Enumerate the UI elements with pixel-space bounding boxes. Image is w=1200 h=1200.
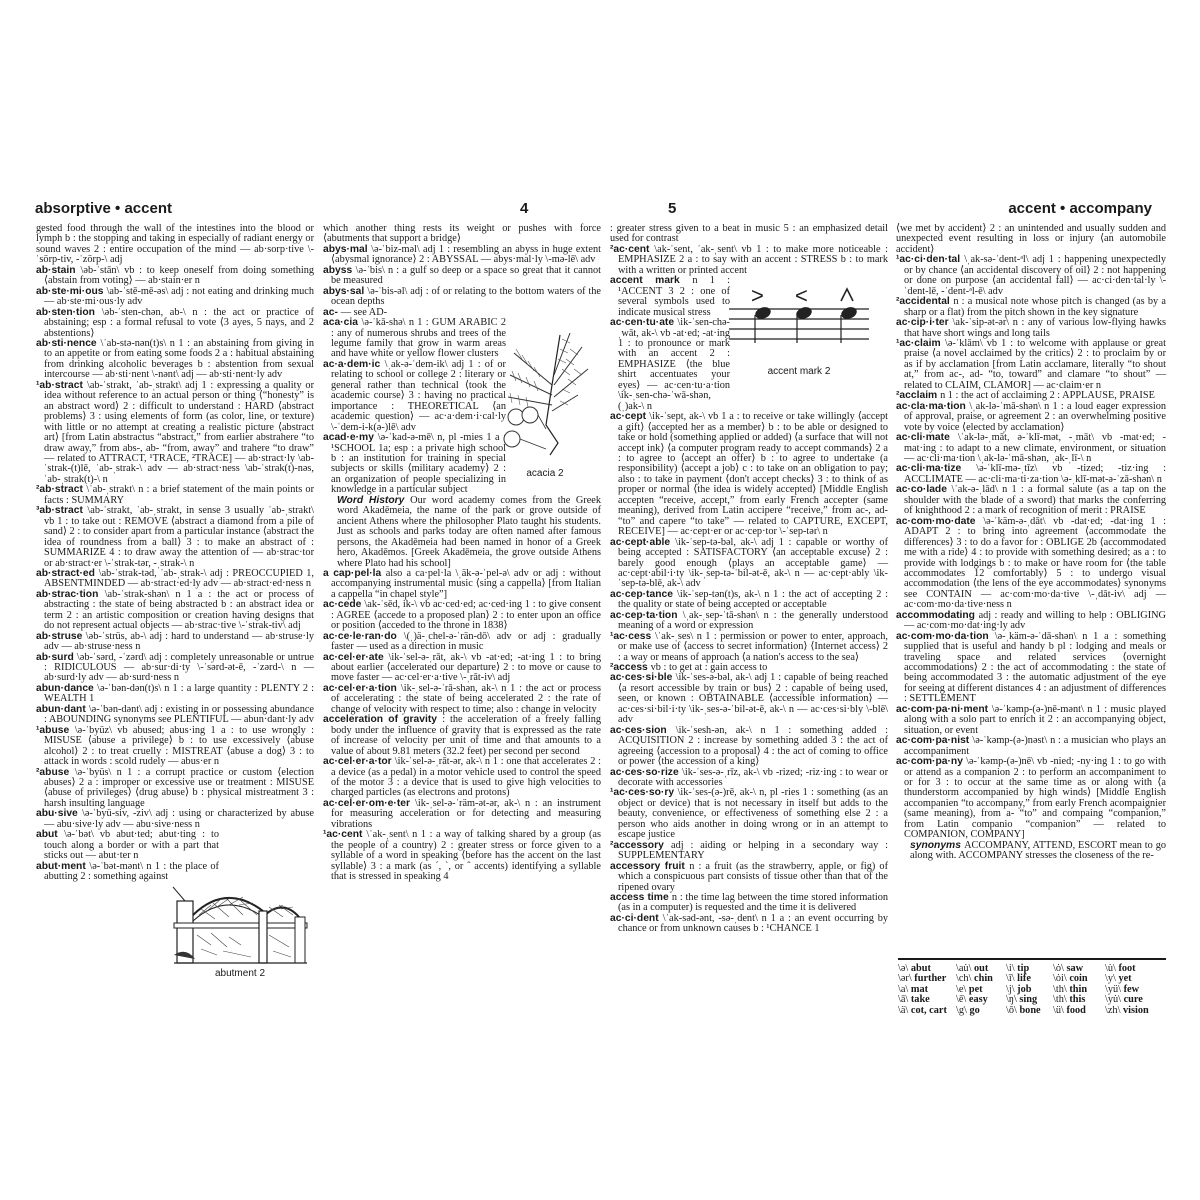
dictionary-entry: ac·com·mo·date \ə-ˈkäm-ə-ˌdāt\ vb -dat·e… — [896, 517, 1166, 611]
dictionary-entry: ac·cel·er·ate \ik-ˈsel-ə-ˌrāt, ak-\ vb -… — [323, 653, 601, 684]
accent-mark-caption: accent mark 2 — [728, 366, 870, 377]
definition: \ik-ˈsept, ak-\ vb 1 a : to receive or t… — [618, 411, 888, 537]
dictionary-entry: ac·com·pa·ny \ə-ˈkəmp-(ə-)nē\ vb -nied; … — [896, 757, 1166, 841]
definition: \ə-ˈkəmp-(ə-)nē\ vb -nied; -ny·ing 1 : t… — [904, 756, 1166, 840]
headword: ¹ac·cent — [323, 829, 366, 840]
headword: ac·cep·tance — [610, 589, 677, 600]
headword: ²ab·stract — [36, 484, 86, 495]
headword: ac·cen·tu·ate — [610, 317, 677, 328]
synonyms-note: synonyms ACCOMPANY, ATTEND, ESCORT mean … — [896, 841, 1166, 862]
dictionary-entry: ac·cel·er·om·e·ter \ik-ˌsel-ə-ˈräm-ət-ər… — [323, 799, 601, 830]
headword: abut — [36, 829, 64, 840]
dictionary-entry: ab·stain \əb-ˈstān\ vb : to keep oneself… — [36, 266, 314, 287]
headword: ¹ac·claim — [896, 338, 945, 349]
acacia-caption: acacia 2 — [495, 468, 595, 479]
headword: abun·dance — [36, 683, 97, 694]
dictionary-entry: ac·cel·er·a·tion \ik-ˌsel-ə-ˈrā-shən, ak… — [323, 684, 601, 715]
definition: \ak-ˈsēd, ik-\ vb ac·ced·ed; ac·ced·ing … — [331, 599, 601, 631]
headword: ac·cel·er·om·e·ter — [323, 798, 415, 809]
dictionary-entry: ac·cep·ta·tion \ˌak-ˌsep-ˈtā-shən\ n : t… — [610, 611, 888, 632]
dictionary-entry: ac·cede \ak-ˈsēd, ik-\ vb ac·ced·ed; ac·… — [323, 600, 601, 631]
dictionary-entry: abys·sal \ə-ˈbis-əl\ adj : of or relatin… — [323, 287, 601, 308]
headword: ac·cel·er·ate — [323, 652, 389, 663]
column-1: gested food through the wall of the inte… — [36, 224, 314, 883]
headword: ac·cli·mate — [896, 432, 958, 443]
dictionary-entry: acad·e·my \ə-ˈkad-ə-mē\ n, pl -mies 1 a … — [323, 433, 506, 496]
dictionary-entry: ¹ac·cess \ˈak-ˌses\ n 1 : permission or … — [610, 632, 888, 663]
definition: n 1 : the act of acclaiming 2 : APPLAUSE… — [940, 390, 1155, 401]
right-guide-words: accent • accompany — [1008, 200, 1152, 217]
headword: ab·struse — [36, 631, 86, 642]
dictionary-entry: ac·ci·dent \ˈak-səd-ənt, -sə-ˌdent\ n 1 … — [610, 914, 888, 935]
dictionary-entry: ac·ce·le·ran·do \(ˌ)ä-ˌchel-ə-ˈrän-dō\ a… — [323, 632, 601, 653]
headword: abu·sive — [36, 808, 82, 819]
key-cell: \zh\ vision — [1105, 1006, 1165, 1016]
svg-text:<: < — [795, 287, 808, 308]
definition: \ə-ˈbyüz\ vb abused; abus·ing 1 a : to u… — [44, 725, 314, 767]
abutment-caption: abutment 2 — [170, 968, 310, 979]
dictionary-entry: abut \ə-ˈbət\ vb abut·ted; abut·ting : t… — [36, 830, 219, 861]
headword: ac·cede — [323, 599, 364, 610]
headword: a cap·pel·la — [323, 568, 386, 579]
definition: vb : to get at : gain access to — [651, 662, 768, 673]
entry-continuation: which another thing rests its weight or … — [323, 224, 601, 245]
dictionary-entry: ²accidental n : a musical note whose pit… — [896, 297, 1166, 318]
abutment-illustration: abutment 2 — [170, 885, 310, 979]
headword: ³ab·stract — [36, 505, 87, 516]
headword: ¹ac·ci·den·tal — [896, 254, 964, 265]
definition: \ˌak-ə-ˈdem-ik\ adj 1 : of or relating t… — [331, 359, 506, 433]
headword: ac·cla·ma·tion — [896, 401, 969, 412]
dictionary-entry: ¹ac·ci·den·tal \ˌak-sə-ˈdent-ᵊl\ adj 1 :… — [896, 255, 1166, 297]
definition: \ə-ˈbis-əl\ adj : of or relating to the … — [331, 286, 601, 307]
key-cell: \ü\ food — [1053, 1006, 1105, 1016]
headword: ac·com·mo·da·tion — [896, 631, 995, 642]
dictionary-entry: ac·cen·tu·ate \ik-ˈsen-chə-ˌwāt, ak-\ vb… — [610, 318, 730, 412]
key-cell: \ō\ bone — [1006, 1006, 1053, 1016]
dictionary-entry: abyss \ə-ˈbis\ n : a gulf so deep or a s… — [323, 266, 601, 287]
column-4: ⟨we met by accident⟩ 2 : an unintended a… — [896, 224, 1166, 862]
headword: abys·sal — [323, 286, 367, 297]
dictionary-entry: ab·stract·ed \ab-ˈstrak-təd, ˈab-ˌstrak-… — [36, 569, 314, 590]
definition: \ə-ˈbiz-məl\ adj 1 : resembling an abyss… — [331, 244, 601, 265]
headword: ac·cep·ta·tion — [610, 610, 683, 621]
dictionary-entry: abu·sive \ə-ˈbyü-siv, -ziv\ adj : using … — [36, 809, 314, 830]
headword: ²accessory — [610, 840, 671, 851]
dictionary-entry: ab·struse \əb-ˈstrüs, ab-\ adj : hard to… — [36, 632, 314, 653]
dictionary-entry: ac·ces·sion \ik-ˈsesh-ən, ak-\ n 1 : som… — [610, 726, 888, 768]
headword: ac·cept — [610, 411, 649, 422]
right-page-number: 5 — [668, 200, 676, 217]
dictionary-entry: ac·ces·si·ble \ik-ˈses-ə-bəl, ak-\ adj 1… — [610, 673, 888, 725]
headword: ²accidental — [896, 296, 953, 307]
headword: accommodating — [896, 610, 979, 621]
dictionary-entry: ²ab·stract \ˈab-ˌstrakt\ n : a brief sta… — [36, 485, 314, 506]
headword: accent mark — [610, 275, 692, 286]
headword: ab·sti·nence — [36, 338, 100, 349]
headword: ac·cip·i·ter — [896, 317, 953, 328]
headword: ac·ci·dent — [610, 913, 663, 924]
dictionary-entry: ac·ces·so·rize \ik-ˈses-ə-ˌrīz, ak-\ vb … — [610, 768, 888, 789]
svg-text:>: > — [751, 287, 764, 308]
dictionary-entry: access time n : the time lag between the… — [610, 893, 888, 914]
definition: \əb-ˈsərd, -ˈzərd\ adj : completely unre… — [44, 652, 314, 684]
headword: ac·com·pa·ni·ment — [896, 704, 992, 715]
entry-continuation: gested food through the wall of the inte… — [36, 224, 314, 266]
acacia-branch-icon — [500, 325, 590, 465]
dictionary-entry: ab·sten·tion \əb-ˈsten-chən, ab-\ n : th… — [36, 308, 314, 339]
headword: ac- — [323, 307, 341, 318]
dictionary-entry: ac·com·mo·da·tion \ə-ˌkäm-ə-ˈdā-shən\ n … — [896, 632, 1166, 705]
definition: \ə-ˈbis\ n : a gulf so deep or a space s… — [331, 265, 601, 286]
key-cell: \ä\ cot, cart — [898, 1006, 956, 1016]
definition: \ə-ˈbyü-siv, -ziv\ adj : using or charac… — [44, 808, 314, 829]
headword: ac·cel·er·a·tor — [323, 756, 395, 767]
dictionary-entry: ac·cli·ma·tize \ə-ˈklī-mə-ˌtīz\ vb -tize… — [896, 464, 1166, 485]
dictionary-entry: acceleration of gravity : the accelerati… — [323, 715, 601, 757]
headword: ab·stract·ed — [36, 568, 99, 579]
accent-mark-illustration: > < accent mark 2 — [728, 287, 870, 377]
dictionary-entry: ac·com·pa·ni·ment \ə-ˈkəmp-(ə-)nē-mənt\ … — [896, 705, 1166, 736]
dictionary-spread: absorptive • accent 4 5 accent • accompa… — [0, 0, 1200, 1200]
definition: — see AD- — [341, 307, 387, 318]
dictionary-entry: ¹ac·claim \ə-ˈklām\ vb 1 : to welcome wi… — [896, 339, 1166, 391]
headword: ²ac·cent — [610, 244, 654, 255]
pronunciation-key: \ə\ abut\au̇\ out\i\ tip\ȯ\ saw\u̇\ foot… — [898, 958, 1166, 1016]
acacia-illustration: acacia 2 — [495, 325, 595, 479]
headword: ¹ac·ces·so·ry — [610, 787, 678, 798]
headword: ac·ces·si·ble — [610, 672, 676, 683]
headword: accessory fruit — [610, 861, 689, 872]
dictionary-entry: ac·cel·er·a·tor \ik-ˈsel-ə-ˌrāt-ər, ak-\… — [323, 757, 601, 799]
definition: \əb-ˈstān\ vb : to keep oneself from doi… — [44, 265, 314, 286]
headword: ¹ab·stract — [36, 380, 87, 391]
headword: ¹ac·cess — [610, 631, 655, 642]
synonyms-label: synonyms — [910, 840, 964, 851]
headword: ¹abuse — [36, 725, 75, 736]
dictionary-entry: ²accessory adj : aiding or helping in a … — [610, 841, 888, 862]
dictionary-entry: ¹abuse \ə-ˈbyüz\ vb abused; abus·ing 1 a… — [36, 726, 314, 768]
definition: \ˈak-ˌses\ n 1 : permission or power to … — [618, 631, 888, 663]
dictionary-entry: ac·cip·i·ter \ak-ˈsip-ət-ər\ n : any of … — [896, 318, 1166, 339]
headword: ac·com·pa·nist — [896, 735, 972, 746]
dictionary-entry: accessory fruit n : a fruit (as the stra… — [610, 862, 888, 893]
headword: ac·cli·ma·tize — [896, 463, 976, 474]
definition: \ə-ˈkäm-ə-ˌdāt\ vb -dat·ed; -dat·ing 1 :… — [904, 516, 1166, 611]
headword: ac·a·dem·ic — [323, 359, 385, 370]
dictionary-entry: ab·strac·tion \ab-ˈstrak-shən\ n 1 a : t… — [36, 590, 314, 632]
left-page-number: 4 — [520, 200, 528, 217]
entry-continuation: ⟨we met by accident⟩ 2 : an unintended a… — [896, 224, 1166, 255]
dictionary-entry: ²ac·cent \ak-ˈsent, ˈak-ˌsent\ vb 1 : to… — [610, 245, 888, 276]
definition: \ə-ˌkäm-ə-ˈdā-shən\ n 1 a : something su… — [904, 631, 1166, 705]
headword: ab·ste·mi·ous — [36, 286, 107, 297]
bridge-drawing-icon — [171, 885, 309, 965]
dictionary-entry: ac·com·pa·nist \ə-ˈkəmp-(ə-)nəst\ n : a … — [896, 736, 1166, 757]
definition: \ˈak-ˌsent\ n 1 : a way of talking share… — [331, 829, 601, 882]
headword: ac·com·pa·ny — [896, 756, 966, 767]
headword: abun·dant — [36, 704, 89, 715]
entry-continuation: : greater stress given to a beat in musi… — [610, 224, 888, 245]
headword: access time — [610, 892, 672, 903]
headword: abyss — [323, 265, 356, 276]
dictionary-entry: ac·cep·tance \ik-ˈsep-tən(t)s, ak-\ n 1 … — [610, 590, 888, 611]
dictionary-entry: ac·a·dem·ic \ˌak-ə-ˈdem-ik\ adj 1 : of o… — [323, 360, 506, 433]
dictionary-entry: abun·dant \ə-ˈbən-dənt\ adj : existing i… — [36, 705, 314, 726]
dictionary-entry: aca·cia \ə-ˈkā-shə\ n 1 : GUM ARABIC 2 :… — [323, 318, 506, 360]
dictionary-entry: ac·cept·able \ik-ˈsep-tə-bəl, ak-\ adj 1… — [610, 538, 888, 590]
definition: \ab-ˈstrakt, ˈab-ˌstrakt, in sense 3 usu… — [44, 505, 314, 568]
headword: ²access — [610, 662, 651, 673]
headword: acceleration of gravity — [323, 714, 442, 725]
dictionary-entry: ab·ste·mi·ous \ab-ˈstē-mē-əs\ adj : not … — [36, 287, 314, 308]
dictionary-entry: ¹ac·ces·so·ry \ik-ˈses-(ə-)rē, ak-\ n, p… — [610, 788, 888, 840]
dictionary-entry: ²abuse \ə-ˈbyüs\ n 1 : a corrupt practic… — [36, 768, 314, 810]
definition: \ə-ˈkad-ə-mē\ n, pl -mies 1 a : ¹SCHOOL … — [331, 432, 506, 495]
headword: aca·cia — [323, 317, 362, 328]
musical-staff-icon: > < — [729, 287, 869, 357]
dictionary-entry: abut·ment \ə-ˈbət-mənt\ n 1 : the place … — [36, 862, 219, 883]
headword: ac·co·lade — [896, 484, 952, 495]
headword: ac·cel·er·a·tion — [323, 683, 401, 694]
word-history-note: Word History Our word academy comes from… — [323, 496, 601, 569]
headword: abys·mal — [323, 244, 371, 255]
dictionary-entry: ¹ab·stract \ab-ˈstrakt, ˈab-ˌstrakt\ adj… — [36, 381, 314, 486]
dictionary-entry: accent mark n 1 : ¹ACCENT 3 2 : one of s… — [610, 276, 730, 318]
headword: ac·ce·le·ran·do — [323, 631, 404, 642]
dictionary-entry: a cap·pel·la also a ca·pel·la \ˌäk-ə-ˈpe… — [323, 569, 601, 600]
dictionary-entry: accommodating adj : ready and willing to… — [896, 611, 1166, 632]
definition: \ik-ˈsen-chə-ˌwāt, ak-\ vb -at·ed; -at·i… — [618, 317, 730, 412]
headword: ²acclaim — [896, 390, 940, 401]
dictionary-entry: abys·mal \ə-ˈbiz-məl\ adj 1 : resembling… — [323, 245, 601, 266]
dictionary-entry: ac·cli·mate \ˈak-lə-ˌmāt, ə-ˈklī-mət, -ˌ… — [896, 433, 1166, 464]
headword: ab·stain — [36, 265, 81, 276]
dictionary-entry: abun·dance \ə-ˈbən-dən(t)s\ n 1 : a larg… — [36, 684, 314, 705]
key-cell: \g\ go — [956, 1006, 1006, 1016]
headword: ac·ces·so·rize — [610, 767, 682, 778]
dictionary-entry: ac·cept \ik-ˈsept, ak-\ vb 1 a : to rece… — [610, 412, 888, 537]
headword: ab·sten·tion — [36, 307, 102, 318]
headword: abut·ment — [36, 861, 89, 872]
dictionary-entry: ab·sti·nence \ˈab-stə-nən(t)s\ n 1 : an … — [36, 339, 314, 381]
definition: \ə-ˈbət\ vb abut·ted; abut·ting : to tou… — [44, 829, 219, 861]
definition: \ab-ˈstrakt, ˈab-ˌstrakt\ adj 1 : expres… — [44, 380, 314, 485]
definition: \ə-ˈbyüs\ n 1 : a corrupt practice or cu… — [44, 767, 314, 809]
dictionary-entry: ³ab·stract \ab-ˈstrakt, ˈab-ˌstrakt, in … — [36, 506, 314, 569]
note-text: Our word academy comes from the Greek wo… — [337, 495, 601, 569]
headword: ac·cept·able — [610, 537, 675, 548]
dictionary-entry: ab·surd \əb-ˈsərd, -ˈzərd\ adj : complet… — [36, 653, 314, 684]
word-history-label: Word History — [337, 495, 410, 506]
headword: ac·com·mo·date — [896, 516, 983, 527]
left-guide-words: absorptive • accent — [35, 200, 172, 217]
definition: \ak-ˈsent, ˈak-ˌsent\ vb 1 : to make mor… — [618, 244, 888, 276]
headword: ac·ces·sion — [610, 725, 676, 736]
headword: ab·strac·tion — [36, 589, 105, 600]
dictionary-entry: ac·cla·ma·tion \ˌak-lə-ˈmā-shən\ n 1 : a… — [896, 402, 1166, 433]
column-2: which another thing rests its weight or … — [323, 224, 601, 883]
headword: acad·e·my — [323, 432, 378, 443]
key-row: \ä\ cot, cart\g\ go\ō\ bone\ü\ food\zh\ … — [898, 1006, 1166, 1016]
dictionary-entry: ac·co·lade \ˈak-ə-ˌlād\ n 1 : a formal s… — [896, 485, 1166, 516]
headword: ²abuse — [36, 767, 75, 778]
dictionary-entry: ¹ac·cent \ˈak-ˌsent\ n 1 : a way of talk… — [323, 830, 601, 882]
headword: ab·surd — [36, 652, 77, 663]
